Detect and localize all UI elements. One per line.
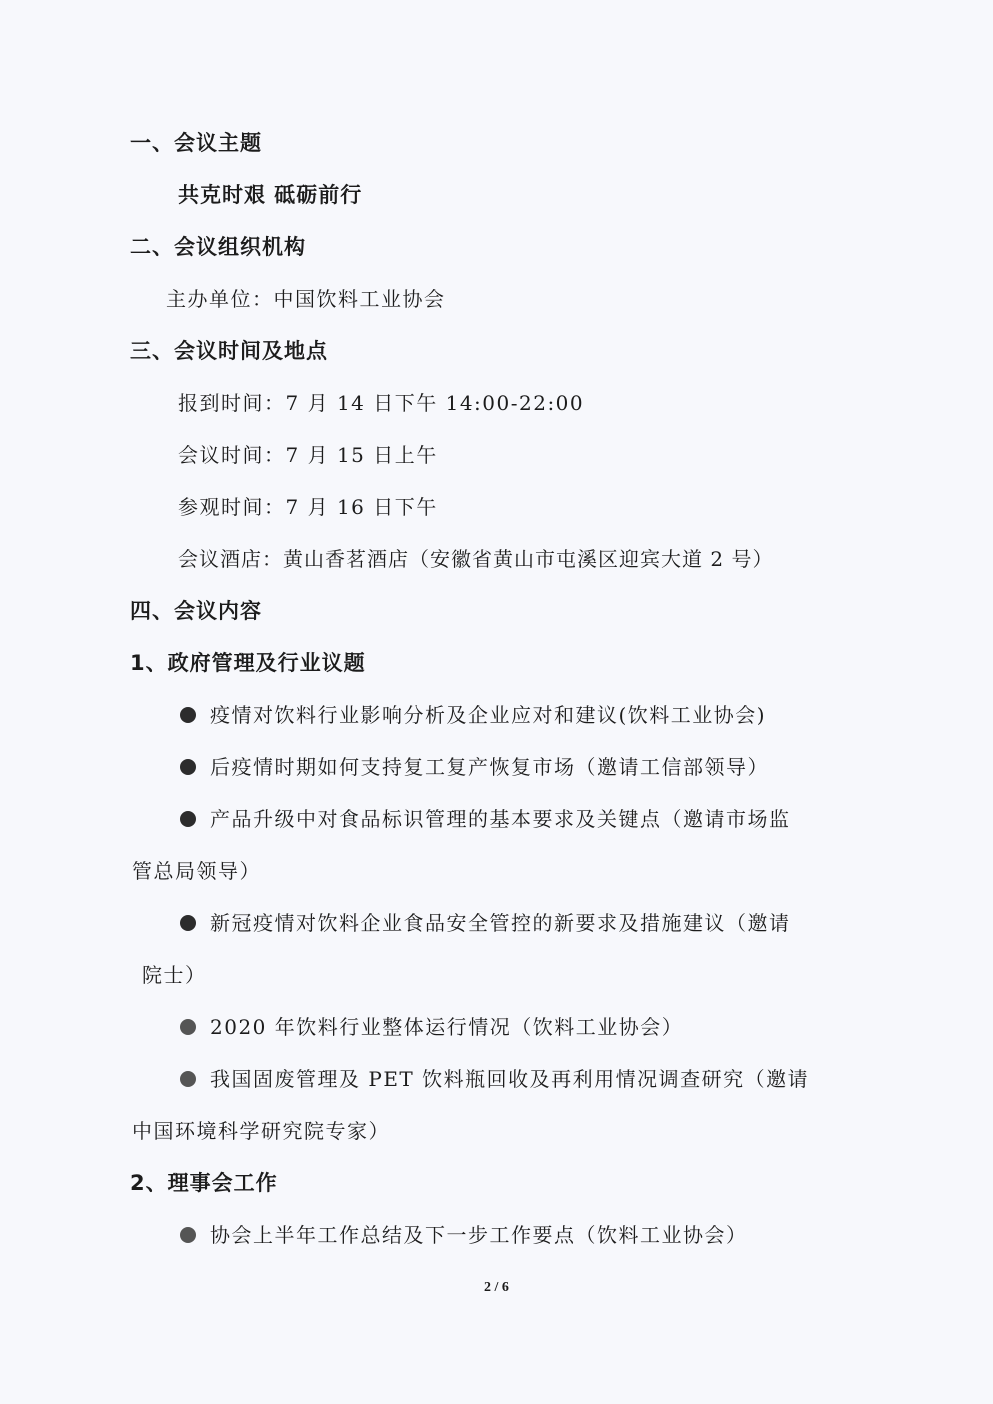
list-item: 疫情对饮料行业影响分析及企业应对和建议(饮料工业协会)	[180, 702, 766, 728]
list-item: 新冠疫情对饮料企业食品安全管控的新要求及措施建议（邀请	[180, 910, 791, 936]
list-item: 2020 年饮料行业整体运行情况（饮料工业协会）	[180, 1014, 683, 1040]
subsection-heading-1: 1、政府管理及行业议题	[130, 650, 366, 676]
section-heading-1: 一、会议主题	[130, 130, 262, 156]
visit-time: 参观时间：7 月 16 日下午	[178, 494, 438, 520]
page-number: 2 / 6	[0, 1280, 993, 1296]
hotel: 会议酒店：黄山香茗酒店（安徽省黄山市屯溪区迎宾大道 2 号）	[178, 546, 773, 572]
list-item-continuation: 中国环境科学研究院专家）	[132, 1118, 390, 1144]
list-item-continuation: 管总局领导）	[132, 858, 261, 884]
subsection-heading-2: 2、理事会工作	[130, 1170, 278, 1196]
bullet-icon	[180, 811, 196, 827]
bullet-icon	[180, 1071, 196, 1087]
bullet-icon	[180, 1019, 196, 1035]
section-heading-3: 三、会议时间及地点	[130, 338, 328, 364]
section-heading-4: 四、会议内容	[130, 598, 262, 624]
list-item: 协会上半年工作总结及下一步工作要点（饮料工业协会）	[180, 1222, 748, 1248]
registration-time: 报到时间：7 月 14 日下午 14:00-22:00	[178, 390, 584, 416]
bullet-icon	[180, 1227, 196, 1243]
bullet-icon	[180, 759, 196, 775]
meeting-theme: 共克时艰 砥砺前行	[178, 182, 362, 208]
list-item: 我国固废管理及 PET 饮料瓶回收及再利用情况调查研究（邀请	[180, 1066, 809, 1092]
list-item: 后疫情时期如何支持复工复产恢复市场（邀请工信部领导）	[180, 754, 769, 780]
bullet-icon	[180, 707, 196, 723]
meeting-time: 会议时间：7 月 15 日上午	[178, 442, 438, 468]
list-item: 产品升级中对食品标识管理的基本要求及关键点（邀请市场监	[180, 806, 791, 832]
section-heading-2: 二、会议组织机构	[130, 234, 306, 260]
organizer: 主办单位：中国饮料工业协会	[166, 286, 446, 312]
bullet-icon	[180, 915, 196, 931]
list-item-continuation: 院士）	[142, 962, 207, 988]
